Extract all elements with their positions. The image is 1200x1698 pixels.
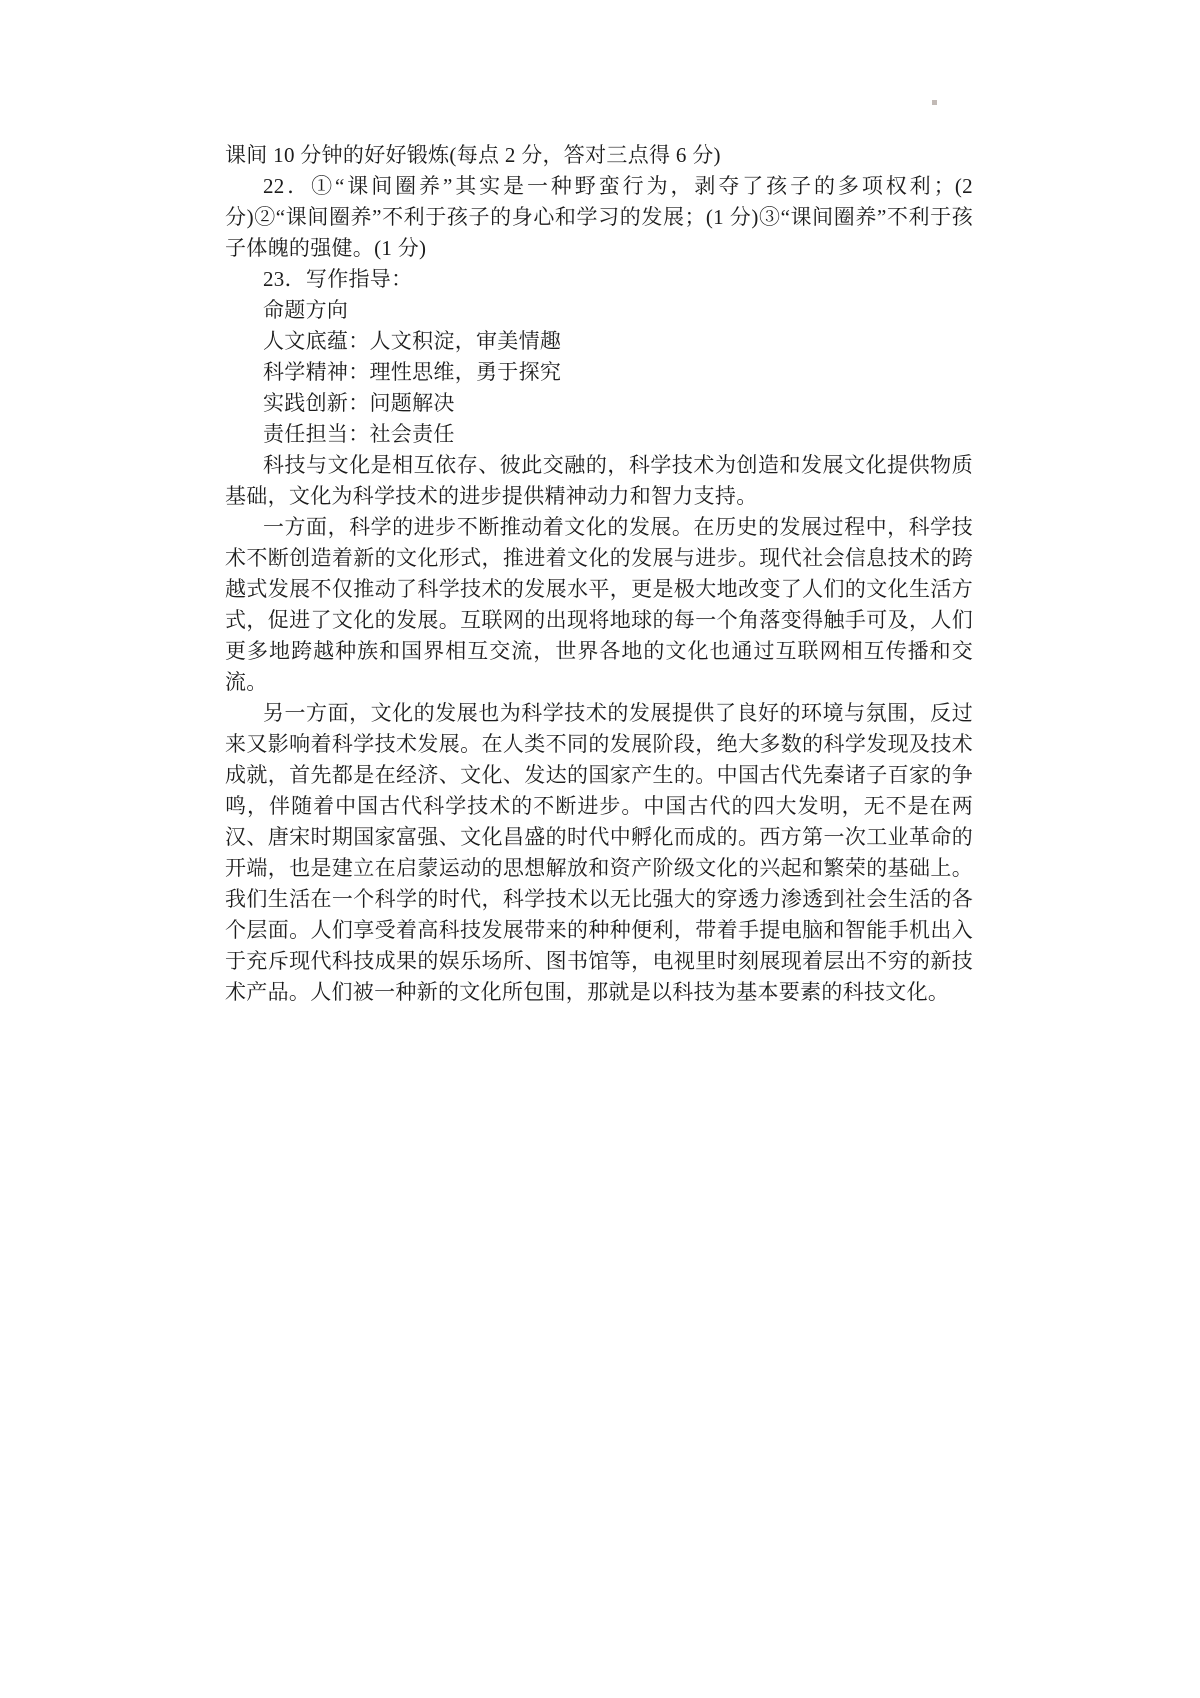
competency-line-responsibility: 责任担当：社会责任: [225, 419, 973, 450]
answer-23-heading: 23．写作指导：: [225, 264, 973, 295]
competency-line-practice: 实践创新：问题解决: [225, 388, 973, 419]
document-page: 课间 10 分钟的好好锻炼(每点 2 分，答对三点得 6 分) 22．①“课间圈…: [0, 0, 1200, 1698]
guidance-paragraph-1: 科技与文化是相互依存、彼此交融的，科学技术为创造和发展文化提供物质基础，文化为科…: [225, 450, 973, 512]
guidance-paragraph-2: 一方面，科学的进步不断推动着文化的发展。在历史的发展过程中，科学技术不断创造着新…: [225, 512, 973, 698]
answer-22-paragraph: 22．①“课间圈养”其实是一种野蛮行为，剥夺了孩子的多项权利；(2 分)②“课间…: [225, 171, 973, 264]
competency-line-science: 科学精神：理性思维，勇于探究: [225, 357, 973, 388]
competency-line-humanity: 人文底蕴：人文积淀，审美情趣: [225, 326, 973, 357]
guidance-paragraph-3: 另一方面，文化的发展也为科学技术的发展提供了良好的环境与氛围，反过来又影响着科学…: [225, 698, 973, 1008]
essay-direction-heading: 命题方向: [225, 295, 973, 326]
answer-key-text-block: 课间 10 分钟的好好锻炼(每点 2 分，答对三点得 6 分) 22．①“课间圈…: [225, 140, 973, 1008]
scan-artifact-dot: [932, 100, 937, 105]
answer-21-tail-line: 课间 10 分钟的好好锻炼(每点 2 分，答对三点得 6 分): [225, 140, 973, 171]
